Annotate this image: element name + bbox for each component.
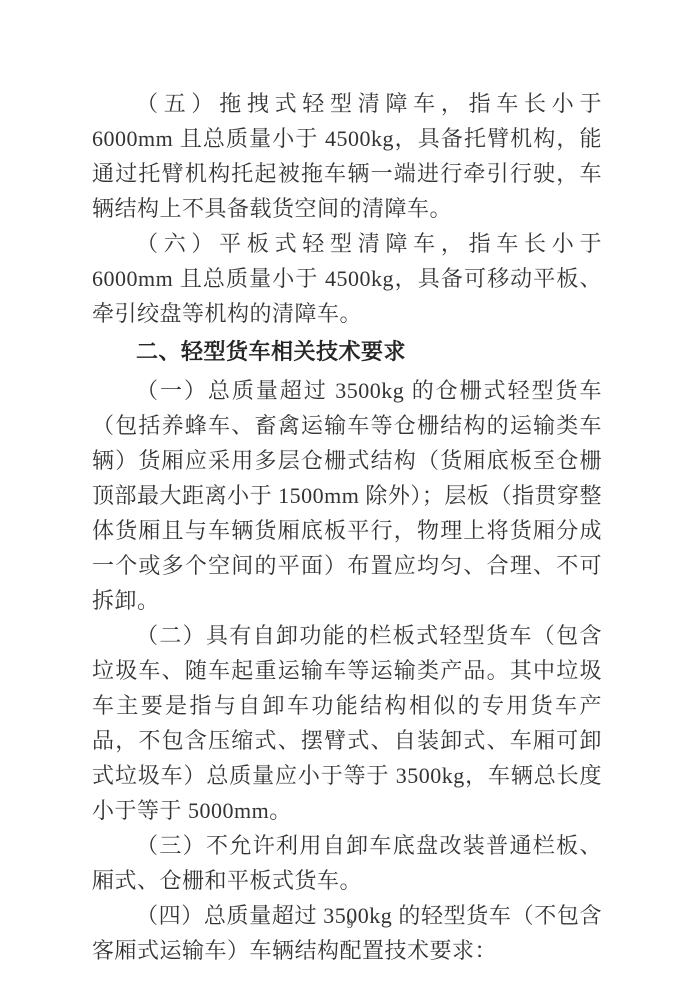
paragraph-clause-4-over-3500kg: （四）总质量超过 3500kg 的轻型货车（不包含客厢式运输车）车辆结构配置技术… — [92, 898, 602, 968]
page-number: 9 — [0, 916, 700, 932]
document-body: （五）拖拽式轻型清障车，指车长小于 6000mm 且总质量小于 4500kg，具… — [92, 86, 602, 968]
paragraph-clause-6-flatbed-wrecker: （六）平板式轻型清障车，指车长小于 6000mm 且总质量小于 4500kg，具… — [92, 226, 602, 331]
paragraph-clause-5-towing-wrecker: （五）拖拽式轻型清障车，指车长小于 6000mm 且总质量小于 4500kg，具… — [92, 86, 602, 226]
section-heading-light-truck-requirements: 二、轻型货车相关技术要求 — [92, 333, 602, 370]
document-page: （五）拖拽式轻型清障车，指车长小于 6000mm 且总质量小于 4500kg，具… — [0, 0, 700, 990]
paragraph-clause-1-stake-truck: （一）总质量超过 3500kg 的仓栅式轻型货车（包括养蜂车、畜禽运输车等仓栅结… — [92, 373, 602, 618]
paragraph-clause-2-dump-function: （二）具有自卸功能的栏板式轻型货车（包含垃圾车、随车起重运输车等运输类产品。其中… — [92, 618, 602, 828]
paragraph-clause-3-no-conversion: （三）不允许利用自卸车底盘改装普通栏板、厢式、仓栅和平板式货车。 — [92, 828, 602, 898]
